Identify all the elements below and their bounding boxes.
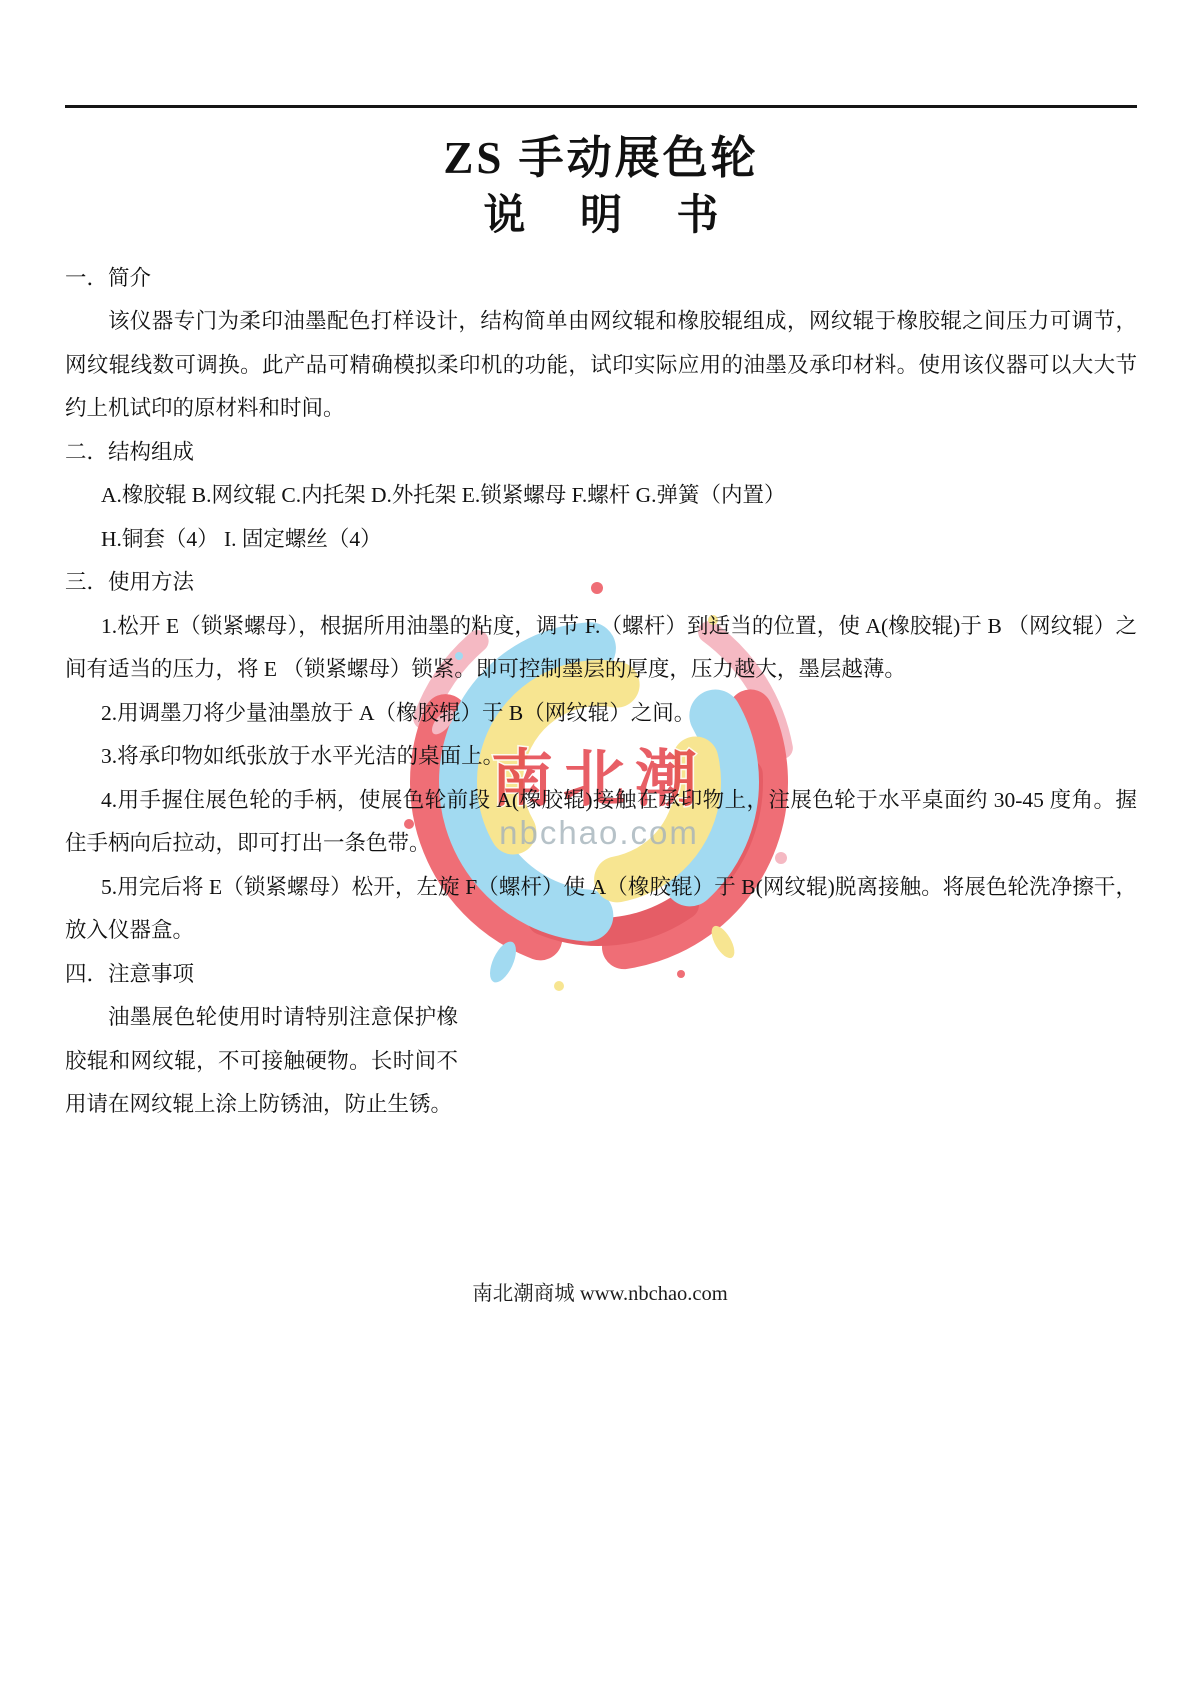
section-3-step-4: 4.用手握住展色轮的手柄，使展色轮前段 A(橡胶辊)接触在承印物上，注展色轮于水… [65,779,1137,866]
document-page: 南北潮 nbchao.com ZS 手动展色轮 说 明 书 一．简介 该仪器专门… [0,0,1200,1697]
section-4-heading: 四．注意事项 [65,953,1137,997]
section-3-heading: 三．使用方法 [65,561,1137,605]
document-body: 一．简介 该仪器专门为柔印油墨配色打样设计，结构简单由网纹辊和橡胶辊组成，网纹辊… [65,257,1137,1127]
section-2-components-line-2: H.铜套（4） I. 固定螺丝（4） [65,518,1137,562]
document-subtitle: 说 明 书 [65,191,1137,241]
document-title: ZS 手动展色轮 [65,130,1137,186]
section-3-step-5: 5.用完后将 E（锁紧螺母）松开，左旋 F（螺杆）使 A（橡胶辊）于 B(网纹辊… [65,866,1137,953]
section-4-paragraph: 油墨展色轮使用时请特别注意保护橡胶辊和网纹辊，不可接触硬物。长时间不用请在网纹辊… [65,996,458,1127]
section-3-step-3: 3.将承印物如纸张放于水平光洁的桌面上。 [65,735,1137,779]
section-1-heading: 一．简介 [65,257,1137,301]
section-1-paragraph: 该仪器专门为柔印油墨配色打样设计，结构简单由网纹辊和橡胶辊组成，网纹辊于橡胶辊之… [65,300,1137,431]
section-3-step-1: 1.松开 E（锁紧螺母），根据所用油墨的粘度，调节 F.（螺杆）到适当的位置，使… [65,605,1137,692]
section-2-heading: 二．结构组成 [65,431,1137,475]
section-2-components-line-1: A.橡胶辊 B.网纹辊 C.内托架 D.外托架 E.锁紧螺母 F.螺杆 G.弹簧… [65,474,1137,518]
document-content: ZS 手动展色轮 说 明 书 一．简介 该仪器专门为柔印油墨配色打样设计，结构简… [0,0,1200,1127]
footer-text: 南北潮商城 www.nbchao.com [0,1279,1200,1309]
section-3-step-2: 2.用调墨刀将少量油墨放于 A（橡胶辊）于 B（网纹辊）之间。 [65,692,1137,736]
header-rule [65,105,1137,108]
